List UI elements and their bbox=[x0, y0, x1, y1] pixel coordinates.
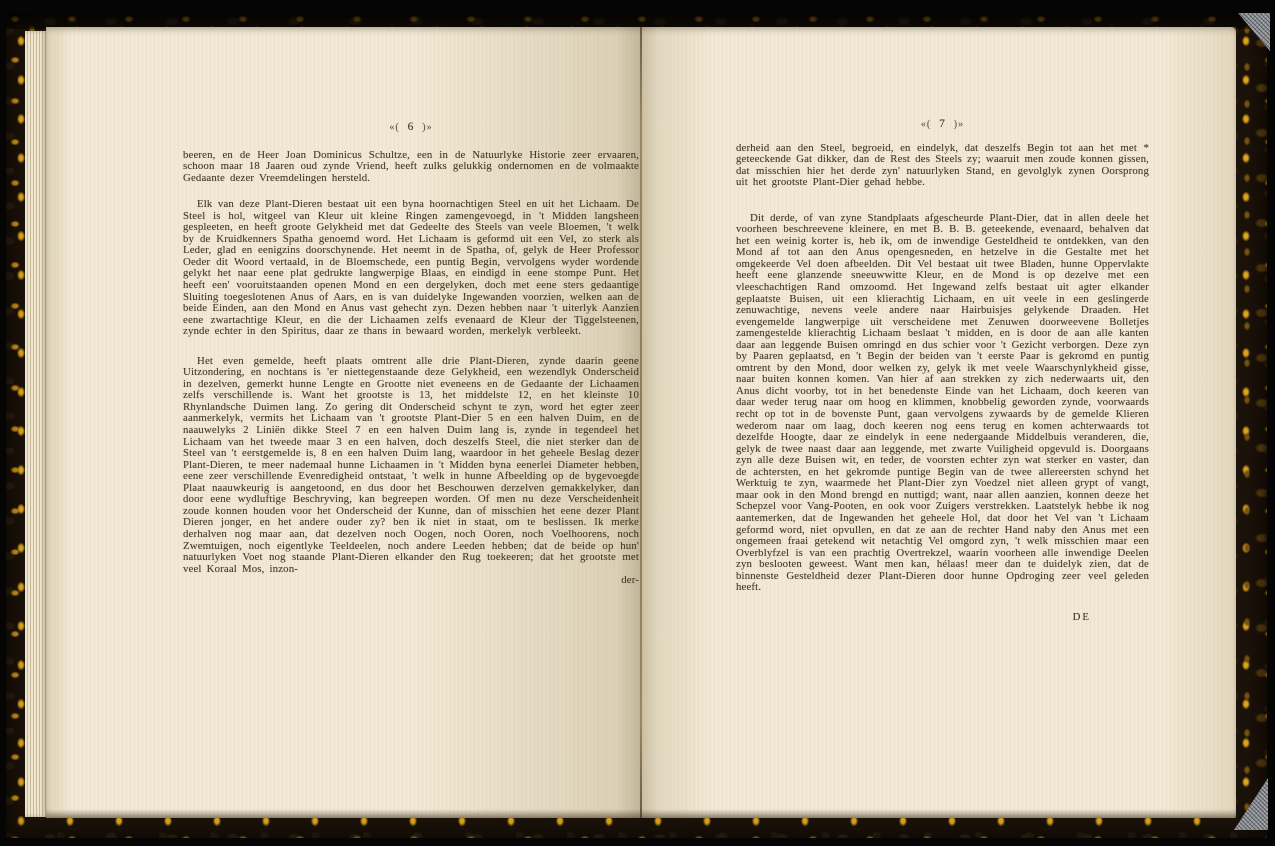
paragraph: beeren, en de Heer Joan Dominicus Schult… bbox=[183, 150, 639, 185]
paragraph: derheid aan den Steel, begroeid, en eind… bbox=[736, 143, 1149, 189]
page-verso-text: «( 6 )» beeren, en de Heer Joan Dominicu… bbox=[183, 122, 639, 587]
paragraph: Het even gemelde, heeft plaats omtrent a… bbox=[183, 356, 639, 575]
book-gutter bbox=[640, 27, 642, 818]
open-book: «( 6 )» beeren, en de Heer Joan Dominicu… bbox=[46, 27, 1236, 818]
page-recto-text: «( 7 )» derheid aan den Steel, begroeid,… bbox=[736, 119, 1149, 623]
page-header-right: «( 7 )» bbox=[736, 119, 1149, 131]
page-bottom-shadow bbox=[46, 809, 1236, 818]
book-scan: «( 6 )» beeren, en de Heer Joan Dominicu… bbox=[0, 0, 1275, 846]
catchword: DE bbox=[736, 612, 1149, 624]
page-number: 7 bbox=[939, 118, 946, 130]
catchword: der- bbox=[183, 575, 639, 587]
page-edge-stack-left bbox=[25, 31, 47, 817]
paragraph: Dit derde, of van zyne Standplaats afges… bbox=[736, 213, 1149, 594]
header-ornament-close: )» bbox=[954, 119, 964, 130]
header-ornament-open: «( bbox=[921, 119, 931, 130]
header-ornament-open: «( bbox=[389, 122, 399, 133]
page-number: 6 bbox=[408, 121, 415, 133]
header-ornament-close: )» bbox=[422, 122, 432, 133]
paragraph: Elk van deze Plant-Dieren bestaat uit ee… bbox=[183, 199, 639, 338]
page-header-left: «( 6 )» bbox=[183, 122, 639, 134]
